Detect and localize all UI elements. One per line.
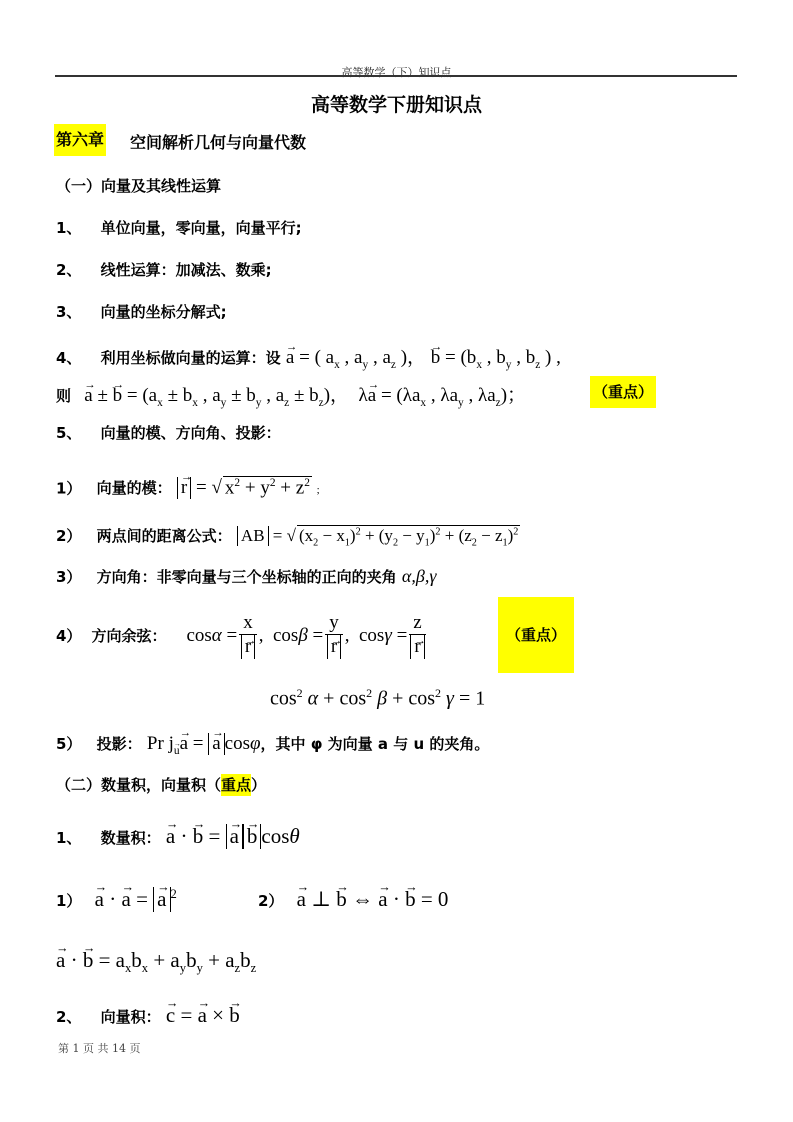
header-divider — [55, 75, 737, 77]
sub-item-number: 3） — [56, 568, 81, 586]
list-item: 3、 向量的坐标分解式; — [56, 301, 227, 322]
section-heading-2: （二）数量积，向量积（重点） — [56, 774, 266, 795]
item-text: 线性运算：加减法、数乘; — [101, 261, 272, 279]
formula-magnitude: r = √x2 + y2 + z2 ; — [177, 477, 320, 498]
running-header: 高等数学（下）知识点 — [0, 64, 793, 80]
formula-self-dot: a · a = a2 — [95, 887, 177, 911]
formula-projection: Pr jua = acosφ — [147, 733, 261, 754]
chapter-tag: 第六章 — [54, 124, 106, 156]
heading-suffix: ） — [251, 776, 266, 794]
formula-distance: AB = √(x2 − x1)2 + (y2 − y1)2 + (z2 − z1… — [237, 526, 520, 545]
item-number: 1、 — [56, 829, 81, 847]
sub-item-number: 5） — [56, 735, 81, 753]
formula-direction-cosines: cos α =xr, cos β =yr, cos γ =zr — [186, 612, 427, 659]
item-number: 3、 — [56, 303, 81, 321]
sub-item: 2） a ⊥ b ⇔ a · b = 0 — [258, 887, 448, 912]
list-item: 4、 利用坐标做向量的运算：设 a = ( ax , ay , az )， b … — [56, 342, 561, 371]
formula-a-coords: a = ( ax , ay , az )， b = (bx , by , bz … — [286, 347, 561, 368]
sub-item-label: 方向角：非零向量与三个坐标轴的正向的夹角 — [97, 568, 397, 586]
sub-item-label: 向量的模： — [97, 479, 172, 497]
key-point-highlight: 重点 — [221, 774, 251, 796]
list-item: 1、 数量积： a · b = abcosθ — [56, 824, 300, 849]
item-text: 利用坐标做向量的运算：设 — [101, 349, 281, 367]
section-heading-1: （一）向量及其线性运算 — [56, 175, 221, 196]
formula-dot-coordinates: a · b = axbx + ayby + azbz — [56, 948, 256, 976]
page-title: 高等数学下册知识点 — [0, 90, 793, 117]
list-item: 2、 线性运算：加减法、数乘; — [56, 259, 272, 280]
sub-item-number: 1） — [56, 479, 81, 497]
projection-note: ，其中 φ 为向量 a 与 u 的夹角。 — [261, 735, 490, 753]
sub-item-number: 2） — [56, 527, 81, 545]
item-number: 1、 — [56, 219, 81, 237]
item-text: 向量的坐标分解式; — [101, 303, 227, 321]
sub-item: 4） 方向余弦： cos α =xr, cos β =yr, cos γ =zr — [56, 612, 428, 659]
list-item: 1、 单位向量，零向量，向量平行; — [56, 217, 302, 238]
then-label: 则 — [56, 387, 71, 405]
item-number: 2、 — [56, 261, 81, 279]
sub-item: 3） 方向角：非零向量与三个坐标轴的正向的夹角 α,β,γ — [56, 566, 436, 587]
chapter-title: 空间解析几何与向量代数 — [130, 130, 306, 153]
item-text: 向量的模、方向角、投影： — [101, 424, 281, 442]
formula-sum: a ± b = (ax ± bx , ay ± by , az ± bz)， λ… — [84, 385, 526, 406]
item-number: 4、 — [56, 349, 81, 367]
heading-text: （二）数量积，向量积（ — [56, 776, 221, 794]
list-item: 2、 向量积： c = a × b — [56, 1003, 240, 1028]
sub-item-number: 4） — [56, 625, 81, 646]
sub-item: 2） 两点间的距离公式： AB = √(x2 − x1)2 + (y2 − y1… — [56, 525, 520, 548]
item-number: 5、 — [56, 424, 81, 442]
list-item-continuation: 则 a ± b = (ax ± bx , ay ± by , az ± bz)，… — [56, 380, 526, 409]
sub-item: 5） 投影： Pr jua = acosφ，其中 φ 为向量 a 与 u 的夹角… — [56, 733, 489, 757]
item-text: 单位向量，零向量，向量平行; — [101, 219, 302, 237]
sub-item-label: 投影： — [97, 735, 142, 753]
sub-item-label: 方向余弦： — [91, 625, 166, 646]
formula-cross-product: c = a × b — [166, 1003, 240, 1027]
formula-cosine-identity: cos2 α + cos2 β + cos2 γ = 1 — [270, 686, 485, 711]
formula-angles: α,β,γ — [402, 566, 437, 586]
key-point-badge: （重点） — [590, 376, 656, 408]
sub-item-number: 2） — [258, 892, 283, 910]
key-point-badge: （重点） — [498, 597, 574, 673]
sub-item-label: 两点间的距离公式： — [97, 527, 232, 545]
sub-item: 1） 向量的模： r = √x2 + y2 + z2 ; — [56, 476, 320, 499]
formula-dot-product: a · b = abcosθ — [166, 824, 300, 848]
item-label: 向量积： — [101, 1008, 161, 1026]
formula-orthogonal: a ⊥ b ⇔ a · b = 0 — [297, 887, 449, 911]
sub-item: 1） a · a = a2 — [56, 887, 177, 912]
list-item: 5、 向量的模、方向角、投影： — [56, 422, 281, 443]
item-number: 2、 — [56, 1008, 81, 1026]
page-footer: 第 1 页 共 14 页 — [58, 1040, 140, 1056]
sub-item-number: 1） — [56, 892, 81, 910]
item-label: 数量积： — [101, 829, 161, 847]
